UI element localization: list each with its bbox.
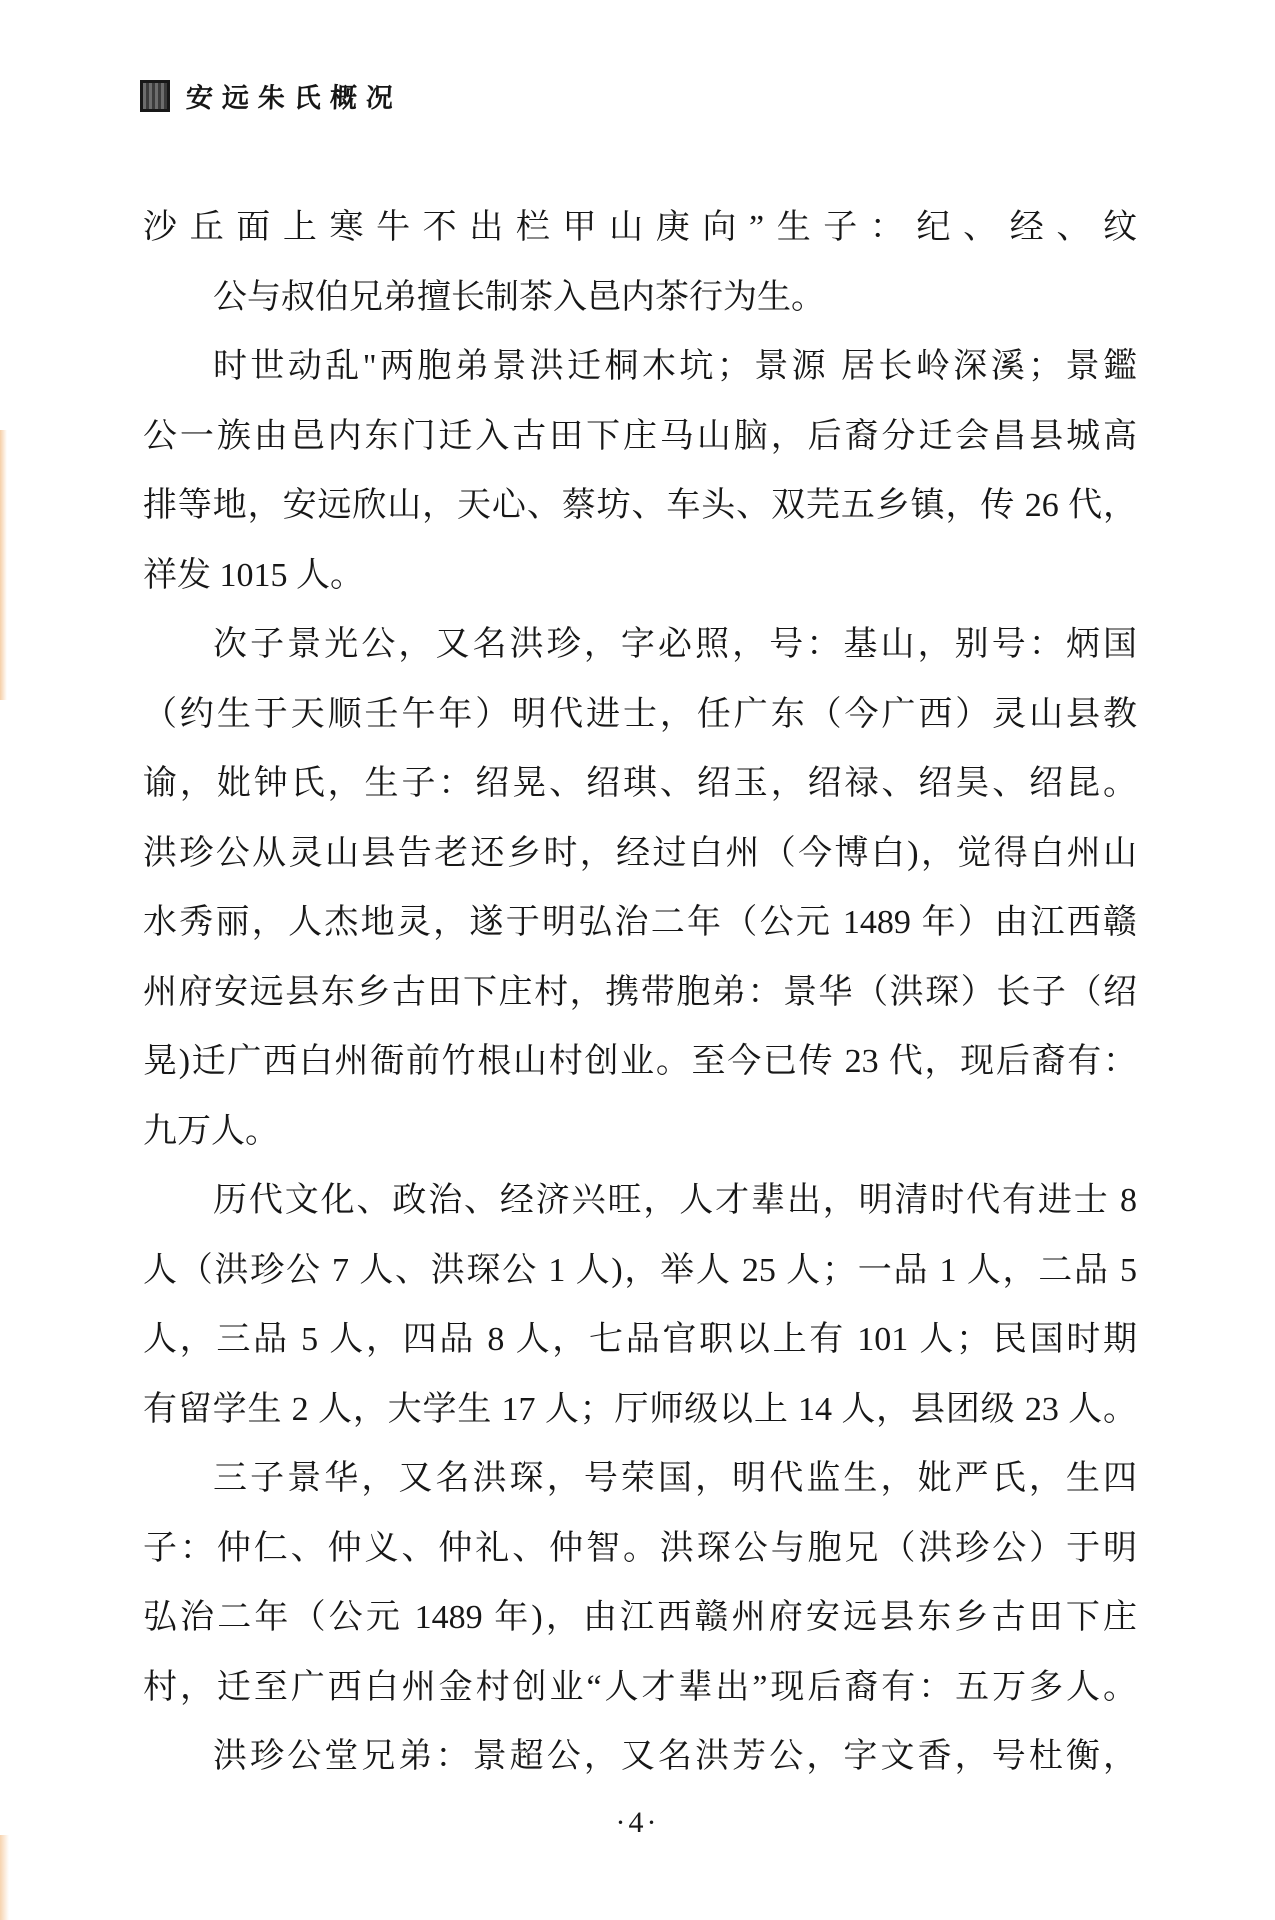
text-line: 九万人。 xyxy=(143,1097,1137,1167)
scanned-document-page: 安远朱氏概况 沙丘面上寒牛不出栏甲山庚向”生子：纪、经、纹公与叔伯兄弟擅长制茶入… xyxy=(0,0,1275,1920)
text-line: 子：仲仁、仲义、仲礼、仲智。洪琛公与胞兄（洪珍公）于明 xyxy=(143,1514,1137,1584)
text-line: 谕，妣钟氏，生子：绍晃、绍琪、绍玉，绍禄、绍昊、绍昆。 xyxy=(143,749,1137,819)
text-line: 州府安远县东乡古田下庄村，携带胞弟：景华（洪琛）长子（绍 xyxy=(143,958,1137,1028)
text-line: 祥发 1015 人。 xyxy=(143,541,1137,611)
text-line: 洪珍公堂兄弟：景超公，又名洪芳公，字文香，号杜衡， xyxy=(143,1722,1137,1792)
text-line: 次子景光公，又名洪珍，字必照，号：基山，别号：炳国 xyxy=(143,610,1137,680)
text-line: 人，三品 5 人，四品 8 人，七品官职以上有 101 人；民国时期 xyxy=(143,1305,1137,1375)
body-text: 沙丘面上寒牛不出栏甲山庚向”生子：纪、经、纹公与叔伯兄弟擅长制茶入邑内茶行为生。… xyxy=(143,193,1137,1792)
scan-edge-tint xyxy=(0,430,7,700)
text-line: 公一族由邑内东门迁入古田下庄马山脑，后裔分迁会昌县城高 xyxy=(143,402,1137,472)
scan-edge-tint xyxy=(0,1835,9,1920)
text-line: 公与叔伯兄弟擅长制茶入邑内茶行为生。 xyxy=(143,263,1137,333)
text-line: 三子景华，又名洪琛，号荣国，明代监生，妣严氏，生四 xyxy=(143,1444,1137,1514)
text-line: 水秀丽，人杰地灵，遂于明弘治二年（公元 1489 年）由江西赣 xyxy=(143,888,1137,958)
page-header: 安远朱氏概况 xyxy=(140,76,402,115)
text-line: 有留学生 2 人，大学生 17 人；厅师级以上 14 人，县团级 23 人。 xyxy=(143,1375,1137,1445)
page-number: ·4· xyxy=(0,1806,1275,1840)
text-line: 历代文化、政治、经济兴旺，人才辈出，明清时代有进士 8 xyxy=(143,1166,1137,1236)
text-line: 时世动乱"两胞弟景洪迁桐木坑；景源 居长岭深溪；景鑑 xyxy=(143,332,1137,402)
text-line: 洪珍公从灵山县告老还乡时，经过白州（今博白)，觉得白州山 xyxy=(143,819,1137,889)
text-line: 人（洪珍公 7 人、洪琛公 1 人)，举人 25 人；一品 1 人，二品 5 xyxy=(143,1236,1137,1306)
header-title: 安远朱氏概况 xyxy=(185,76,402,115)
text-line: 沙丘面上寒牛不出栏甲山庚向”生子：纪、经、纹 xyxy=(143,193,1137,263)
text-line: 排等地，安远欣山，天心、蔡坊、车头、双芫五乡镇，传 26 代， xyxy=(143,471,1137,541)
text-line: 村，迁至广西白州金村创业“人才辈出”现后裔有：五万多人。 xyxy=(143,1653,1137,1723)
text-line: 弘治二年（公元 1489 年)，由江西赣州府安远县东乡古田下庄 xyxy=(143,1583,1137,1653)
text-line: （约生于天顺壬午年）明代进士，任广东（今广西）灵山县教 xyxy=(143,680,1137,750)
text-line: 晃)迁广西白州衙前竹根山村创业。至今已传 23 代，现后裔有： xyxy=(143,1027,1137,1097)
square-logo-icon xyxy=(140,80,170,112)
